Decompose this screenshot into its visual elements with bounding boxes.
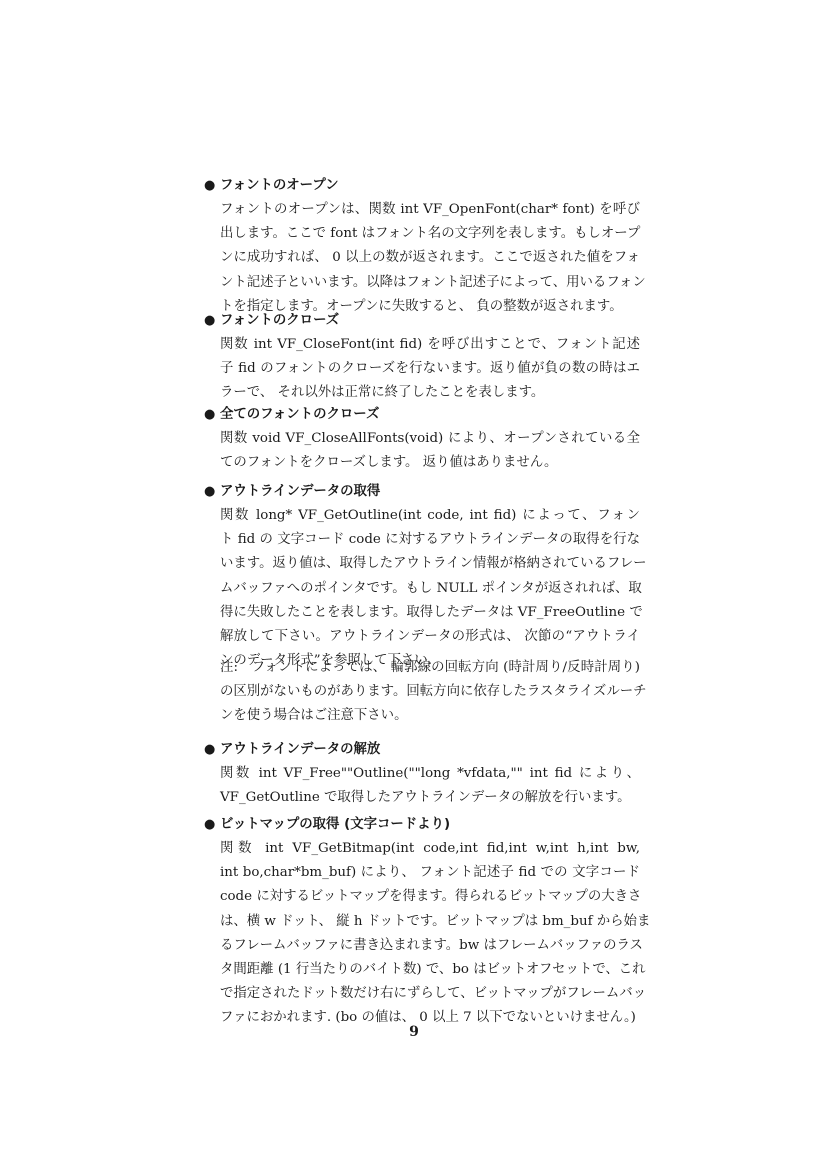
body-line: は、横 w ドット、 縦 h ドットです。ビットマップは bm_buf から始ま bbox=[220, 910, 640, 934]
page-number: 9 bbox=[0, 1024, 828, 1040]
section-title: アウトラインデータの取得 bbox=[220, 480, 380, 504]
body-line: ンに成功すれば、 0 以上の数が返されます。ここで返された値をフォ bbox=[220, 246, 640, 270]
body-line: ムバッファへのポインタです。もし NULL ポインタが返されれば、取 bbox=[220, 577, 640, 601]
section-body: フォントのオープンは、関数 int VF_OpenFont(char* font… bbox=[220, 198, 640, 319]
body-line: タ間距離 (1 行当たりのバイト数) で、bo はビットオフセットで、これ bbox=[220, 958, 640, 982]
section-body: 関数 int VF_GetBitmap(int code,int fid,int… bbox=[220, 837, 640, 1031]
section-body: 関数 void VF_CloseAllFonts(void) により、オープンさ… bbox=[220, 427, 640, 475]
section-body: 関数 long* VF_GetOutline(int code, int fid… bbox=[220, 504, 640, 673]
body-line: フォントのオープンは、関数 int VF_OpenFont(char* font… bbox=[220, 198, 640, 222]
section-title: ビットマップの取得 (文字コードより) bbox=[220, 813, 450, 837]
body-line: VF_GetOutline で取得したアウトラインデータの解放を行います。 bbox=[220, 786, 640, 810]
body-line: 関数 void VF_CloseAllFonts(void) により、オープンさ… bbox=[220, 427, 640, 451]
section-title: フォントのオープン bbox=[220, 174, 339, 198]
body-line: code に対するビットマップを得ます。得られるビットマップの大きさ bbox=[220, 885, 640, 909]
body-line: 出します。ここで font はフォント名の文字列を表します。もしオープ bbox=[220, 222, 640, 246]
bullet-icon: ● bbox=[204, 174, 215, 198]
body-line: ラーで、 それ以外は正常に終了したことを表します。 bbox=[220, 381, 640, 405]
section-title: フォントのクローズ bbox=[220, 309, 339, 333]
document-page: ● フォントのオープン フォントのオープンは、関数 int VF_OpenFon… bbox=[0, 0, 828, 1171]
body-line: ト fid の 文字コード code に対するアウトラインデータの取得を行な bbox=[220, 528, 640, 552]
bullet-icon: ● bbox=[204, 738, 215, 762]
bullet-icon: ● bbox=[204, 403, 215, 427]
body-line: で指定されたドット数だけ右にずらして、ビットマップがフレームバッ bbox=[220, 982, 640, 1006]
note-line: ンを使う場合はご注意下さい。 bbox=[220, 704, 640, 728]
body-line: 関数 int VF_Free""Outline(""long *vfdata,"… bbox=[220, 762, 640, 786]
body-line: るフレームバッファに書き込まれます。bw はフレームバッファのラス bbox=[220, 934, 640, 958]
body-line: ント記述子といいます。以降はフォント記述子によって、用いるフォン bbox=[220, 271, 640, 295]
body-line: 関数 int VF_GetBitmap(int code,int fid,int… bbox=[220, 837, 640, 861]
body-line: 解放して下さい。アウトラインデータの形式は、 次節の“アウトライ bbox=[220, 625, 640, 649]
section-title: 全てのフォントのクローズ bbox=[220, 403, 379, 427]
body-line: てのフォントをクローズします。 返り値はありません。 bbox=[220, 451, 640, 475]
body-line: 関数 long* VF_GetOutline(int code, int fid… bbox=[220, 504, 640, 528]
bullet-icon: ● bbox=[204, 309, 215, 333]
body-line: 関数 int VF_CloseFont(int fid) を呼び出すことで、フォ… bbox=[220, 333, 640, 357]
section-title: アウトラインデータの解放 bbox=[220, 738, 380, 762]
section-body: 関数 int VF_Free""Outline(""long *vfdata,"… bbox=[220, 762, 640, 810]
body-line: int bo,char*bm_buf) により、 フォント記述子 fid での … bbox=[220, 861, 640, 885]
bullet-icon: ● bbox=[204, 813, 215, 837]
body-line: 子 fid のフォントのクローズを行ないます。返り値が負の数の時はエ bbox=[220, 357, 640, 381]
note-line: の区別がないものがあります。回転方向に依存したラスタライズルーチ bbox=[220, 680, 640, 704]
note-line: 注: フォントによっては、 輪郭線の回転方向 (時計周り/反時計周り) bbox=[220, 656, 640, 680]
section-body: 関数 int VF_CloseFont(int fid) を呼び出すことで、フォ… bbox=[220, 333, 640, 406]
note-block: 注: フォントによっては、 輪郭線の回転方向 (時計周り/反時計周り) の区別が… bbox=[220, 656, 640, 729]
body-line: 得に失敗したことを表します。取得したデータは VF_FreeOutline で bbox=[220, 601, 640, 625]
body-line: います。返り値は、取得したアウトライン情報が格納されているフレー bbox=[220, 552, 640, 576]
bullet-icon: ● bbox=[204, 480, 215, 504]
